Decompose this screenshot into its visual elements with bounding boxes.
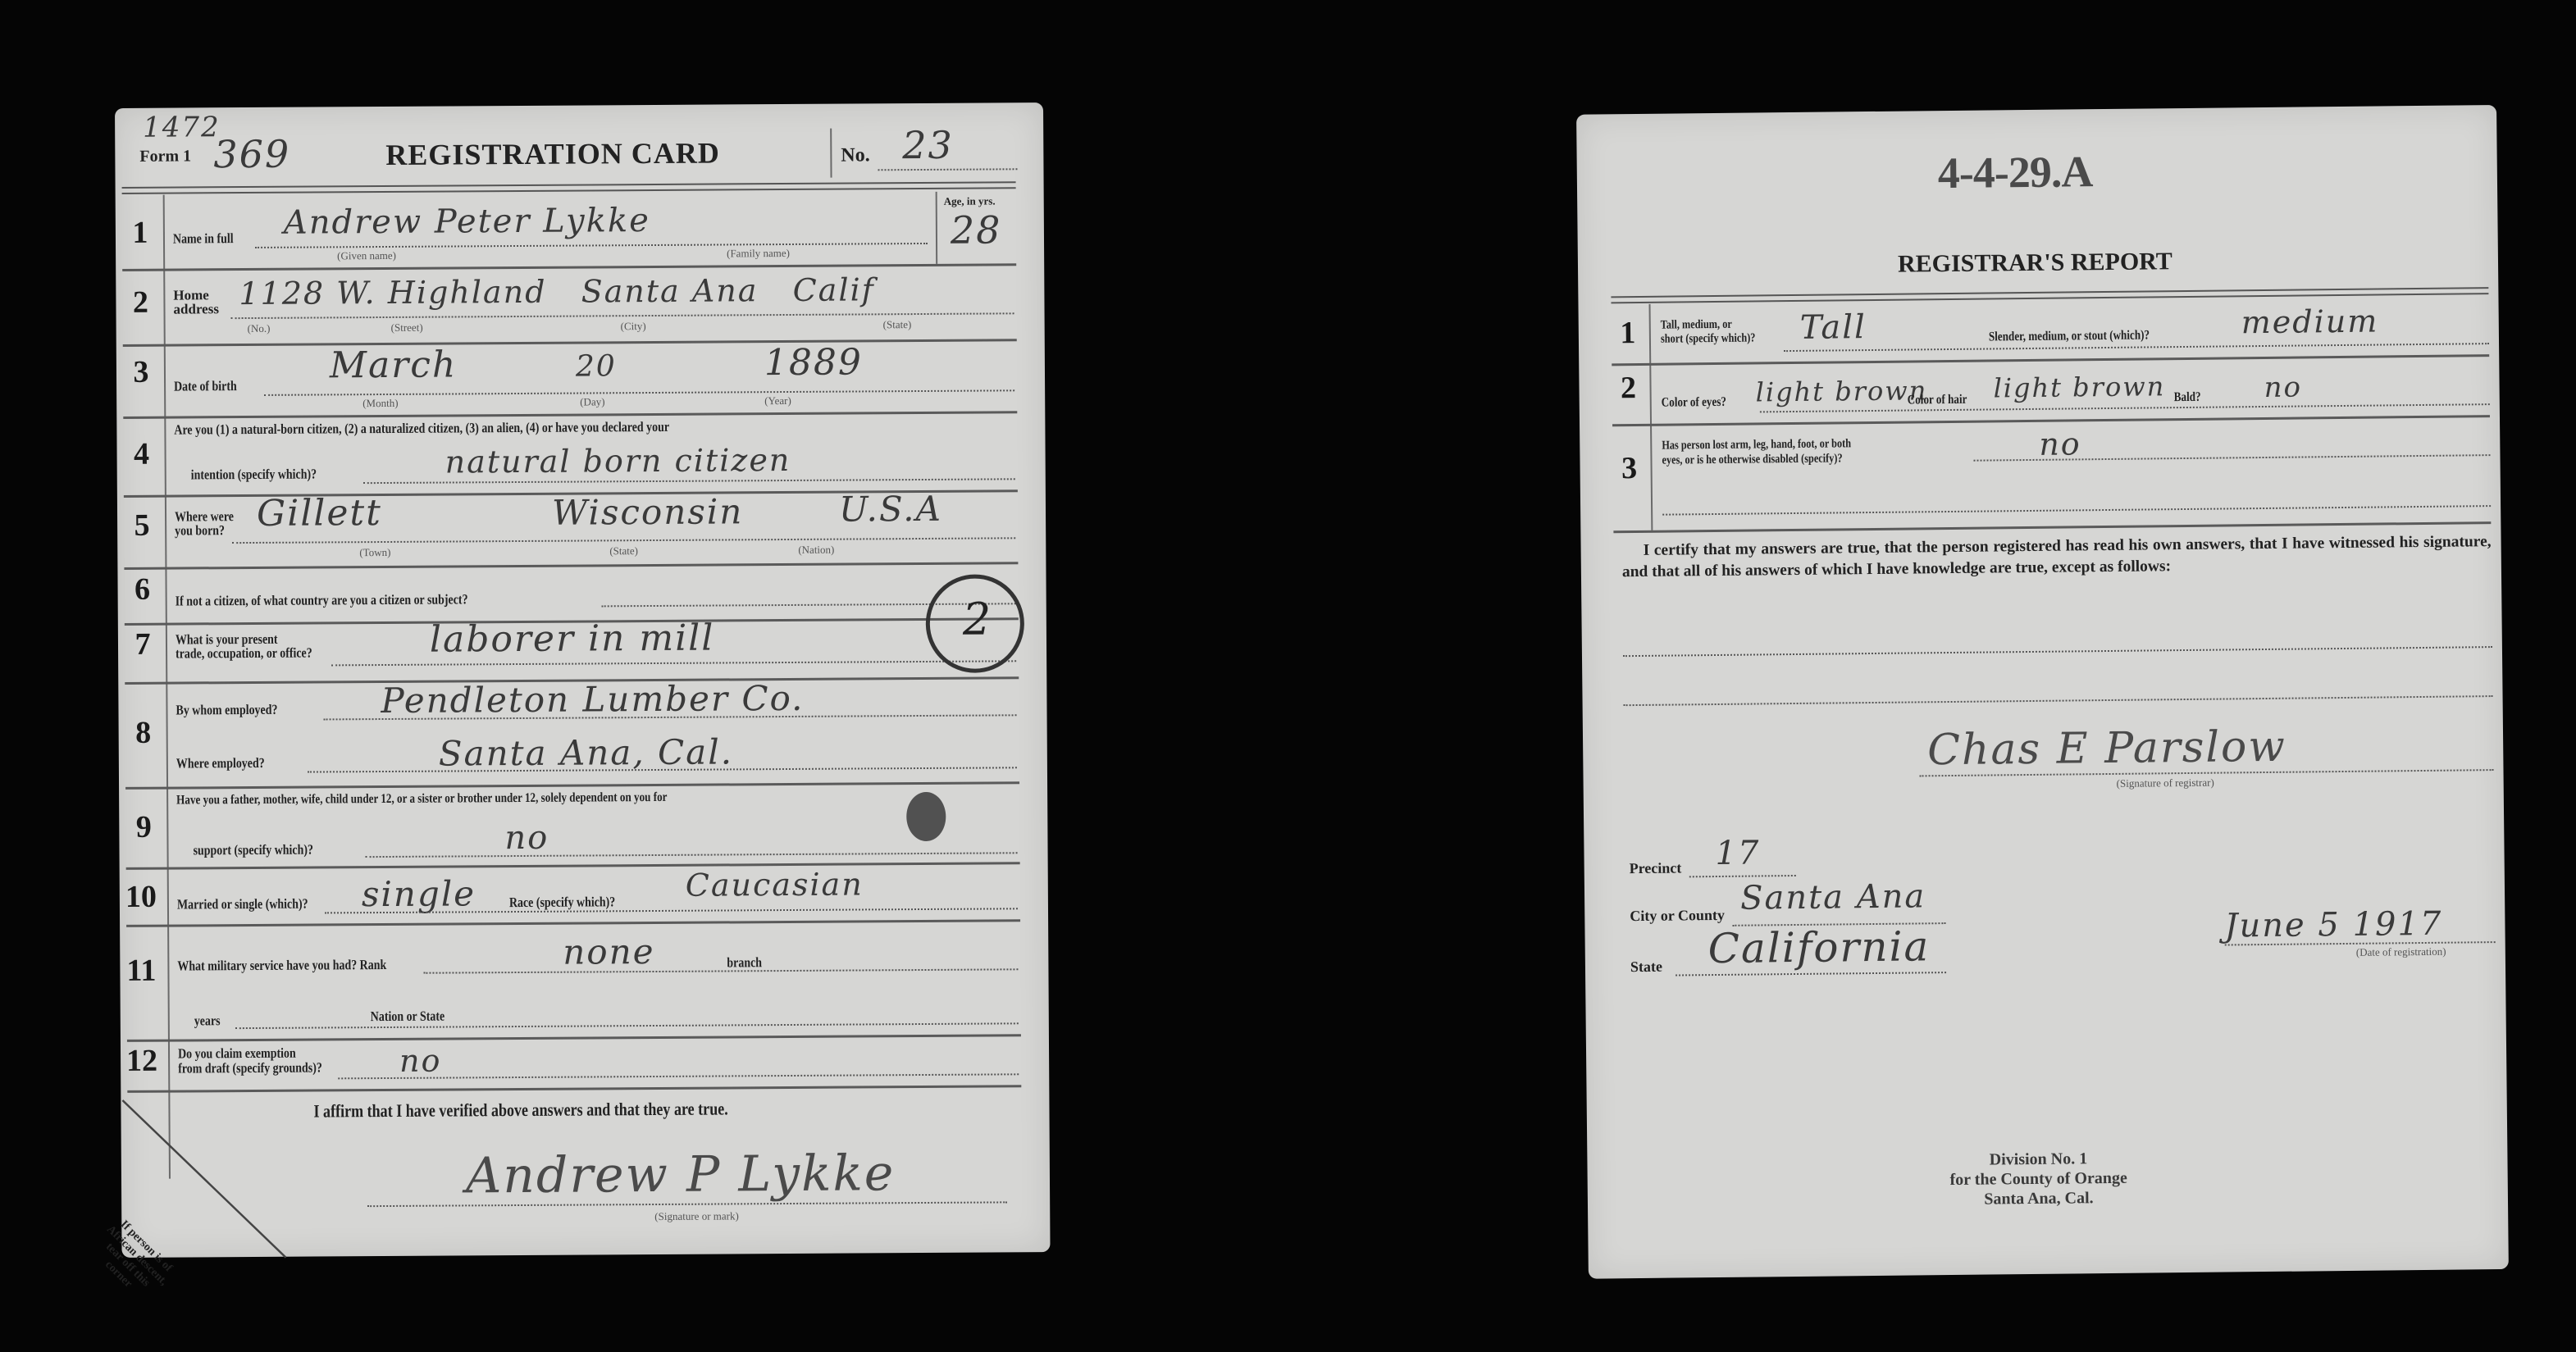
dob-year: 1889 bbox=[764, 341, 863, 384]
number-column-divider bbox=[1648, 304, 1653, 530]
card-title: REGISTRATION CARD bbox=[385, 135, 720, 171]
caption: (State) bbox=[609, 544, 638, 558]
dob-month: March bbox=[330, 344, 458, 386]
row-5: 5 Where were you born? Gillett Wisconsin… bbox=[115, 102, 1043, 108]
state-label: State bbox=[1630, 958, 1662, 976]
employer-label: By whom employed? bbox=[176, 702, 277, 719]
row-rule bbox=[122, 263, 1016, 271]
ink-smudge bbox=[906, 792, 946, 841]
registration-date: June 5 1917 bbox=[2224, 905, 2442, 945]
build-value: medium bbox=[2241, 303, 2379, 341]
employer-value: Pendleton Lumber Co. bbox=[381, 678, 804, 721]
label-line: trade, occupation, or office? bbox=[176, 645, 312, 662]
name-value: Andrew Peter Lykke bbox=[284, 202, 650, 242]
age-label: Age, in yrs. bbox=[944, 194, 996, 207]
military-value: none bbox=[563, 931, 655, 972]
stamp-line: for the County of Orange bbox=[1949, 1169, 2127, 1189]
military-label: What military service have you had? Rank bbox=[177, 957, 386, 975]
caption: (Month) bbox=[362, 397, 398, 410]
date-caption: (Date of registration) bbox=[2356, 945, 2446, 959]
row-rule bbox=[124, 562, 1018, 570]
disability-value: no bbox=[2039, 426, 2081, 462]
exceptions-line bbox=[1623, 646, 2492, 657]
fill-line bbox=[423, 968, 1018, 973]
state-value: California bbox=[1707, 922, 1930, 972]
row-6: 6 If not a citizen, of what country are … bbox=[115, 102, 1043, 108]
home-address-label: Home address bbox=[173, 288, 219, 316]
row-rule bbox=[127, 1034, 1021, 1042]
row-number: 3 bbox=[121, 354, 161, 390]
row-12: 12 Do you claim exemption from draft (sp… bbox=[115, 102, 1043, 108]
row-number: 11 bbox=[121, 953, 161, 989]
fill-line bbox=[235, 1022, 1019, 1029]
stamp-line: Santa Ana, Cal. bbox=[1984, 1189, 2094, 1208]
row-1: 1 Name in full Andrew Peter Lykke (Given… bbox=[115, 102, 1043, 108]
caption: (Day) bbox=[580, 395, 604, 408]
row-number: 2 bbox=[121, 285, 160, 321]
row-4: 4 Are you (1) a natural-born citizen, (2… bbox=[115, 102, 1043, 108]
disability-label: Has person lost arm, leg, hand, foot, or… bbox=[1662, 436, 1851, 467]
row-rule bbox=[125, 781, 1019, 790]
row-7: 7 What is your present trade, occupation… bbox=[115, 102, 1043, 108]
label-line: eyes, or is he otherwise disabled (speci… bbox=[1662, 452, 1842, 467]
label-line: you born? bbox=[175, 522, 225, 538]
row-rule bbox=[1613, 521, 2491, 533]
registration-card: 1472 Form 1 369 REGISTRATION CARD No. 23… bbox=[115, 102, 1051, 1258]
nation-state-label: Nation or State bbox=[371, 1008, 445, 1026]
marital-label: Married or single (which)? bbox=[177, 896, 308, 913]
city-value: Santa Ana bbox=[1740, 877, 1926, 917]
row-number: 9 bbox=[124, 809, 163, 845]
hair-color-value: light brown bbox=[1993, 371, 2165, 403]
registrar-signature: Chas E Parslow bbox=[1927, 722, 2286, 776]
row-10: 10 Married or single (which)? single Rac… bbox=[115, 102, 1043, 108]
city-label: City or County bbox=[1630, 907, 1725, 925]
row-number: 7 bbox=[123, 626, 162, 662]
caption: (Town) bbox=[359, 546, 390, 559]
marital-value: single bbox=[362, 873, 476, 914]
occupation-label: What is your present trade, occupation, … bbox=[176, 632, 312, 661]
precinct-value: 17 bbox=[1715, 834, 1760, 872]
work-location-value: Santa Ana, Cal. bbox=[439, 731, 734, 773]
row-number: 5 bbox=[122, 508, 162, 544]
citizenship-value: natural born citizen bbox=[445, 442, 791, 480]
caption: (City) bbox=[621, 320, 646, 333]
report-row-3: 3 Has person lost arm, leg, hand, foot, … bbox=[1576, 105, 2496, 115]
row-11: 11 What military service have you had? R… bbox=[115, 102, 1043, 108]
caption: (Year) bbox=[764, 394, 791, 407]
bald-label: Bald? bbox=[2174, 390, 2201, 405]
birthplace-label: Where were you born? bbox=[175, 509, 234, 537]
header-rule bbox=[122, 181, 1016, 194]
dependents-question: Have you a father, mother, wife, child u… bbox=[176, 790, 667, 808]
no-label: No. bbox=[841, 144, 870, 166]
label-line: from draft (specify grounds)? bbox=[178, 1059, 322, 1076]
divider bbox=[830, 129, 832, 178]
home-address-value: 1128 W. Highland Santa Ana Calif bbox=[239, 271, 875, 312]
registrant-signature: Andrew P Lykke bbox=[466, 1145, 896, 1204]
age-value: 28 bbox=[951, 207, 1002, 252]
row-rule bbox=[1612, 354, 2489, 366]
race-label: Race (specify which)? bbox=[509, 894, 615, 911]
row-8: 8 By whom employed? Pendleton Lumber Co.… bbox=[115, 102, 1043, 108]
label-line: address bbox=[173, 301, 219, 316]
build-label: Slender, medium, or stout (which)? bbox=[1989, 328, 2150, 344]
report-row-1: 1 Tall, medium, or short (specify which)… bbox=[1576, 105, 2496, 115]
row-number: 3 bbox=[1609, 450, 1648, 487]
row-number: 2 bbox=[1608, 370, 1648, 407]
fill-line bbox=[366, 852, 1018, 858]
foreign-citizenship-label: If not a citizen, of what country are yo… bbox=[176, 591, 468, 609]
label-line: Has person lost arm, leg, hand, foot, or… bbox=[1662, 437, 1851, 452]
no-value: 23 bbox=[902, 123, 954, 167]
row-rule bbox=[123, 339, 1017, 347]
header-rule bbox=[1611, 287, 2488, 303]
dependents-label: support (specify which)? bbox=[193, 842, 313, 859]
divider bbox=[936, 192, 938, 264]
branch-label: branch bbox=[727, 954, 762, 971]
tear-off-corner-line bbox=[121, 1091, 294, 1260]
row-rule bbox=[1612, 415, 2490, 426]
birth-state: Wisconsin bbox=[552, 491, 744, 532]
row-number: 4 bbox=[121, 436, 161, 472]
row-number: 8 bbox=[124, 715, 163, 751]
eye-color-label: Color of eyes? bbox=[1662, 395, 1726, 411]
bald-value: no bbox=[2264, 371, 2302, 404]
birth-town: Gillett bbox=[257, 492, 382, 535]
registrars-report-card: 4-4-29.A REGISTRAR'S REPORT 1 Tall, medi… bbox=[1576, 105, 2509, 1279]
exemption-label: Do you claim exemption from draft (speci… bbox=[178, 1045, 322, 1076]
row-3: 3 Date of birth March 20 1889 (Month) (D… bbox=[115, 102, 1043, 108]
caption: (No.) bbox=[248, 322, 271, 335]
work-location-label: Where employed? bbox=[176, 755, 265, 772]
race-value: Caucasian bbox=[686, 866, 864, 903]
fill-line bbox=[331, 660, 1016, 666]
circled-mark-number: 2 bbox=[963, 593, 993, 644]
pencil-number: 1472 bbox=[143, 111, 221, 144]
name-label: Name in full bbox=[173, 230, 234, 247]
label-line: Tall, medium, or bbox=[1661, 318, 1732, 332]
row-2: 2 Home address 1128 W. Highland Santa An… bbox=[115, 102, 1043, 108]
divider bbox=[878, 168, 1017, 171]
caption: (Nation) bbox=[798, 544, 834, 557]
eye-color-value: light brown bbox=[1755, 375, 1927, 407]
form-label: Form 1 bbox=[139, 147, 191, 166]
caption: (Family name) bbox=[727, 247, 790, 260]
birth-nation: U.S.A bbox=[839, 489, 942, 530]
certification-text: I certify that my answers are true, that… bbox=[1622, 531, 2492, 583]
row-number: 6 bbox=[122, 571, 162, 608]
registrar-caption: (Signature of registrar) bbox=[2117, 776, 2214, 790]
caption: (Given name) bbox=[337, 249, 396, 262]
fill-line bbox=[232, 537, 1015, 544]
fill-line bbox=[264, 389, 1014, 396]
exceptions-line bbox=[1624, 695, 2493, 706]
row-rule bbox=[123, 411, 1017, 419]
row-number: 1 bbox=[1608, 315, 1648, 352]
precinct-label: Precinct bbox=[1630, 859, 1682, 877]
row-rule bbox=[126, 919, 1020, 927]
serial-number: 369 bbox=[213, 132, 290, 177]
circled-mark: 2 bbox=[925, 574, 1024, 673]
affirmation-text: I affirm that I have verified above answ… bbox=[313, 1098, 727, 1122]
citizenship-label: intention (specify which)? bbox=[191, 467, 317, 484]
dob-day: 20 bbox=[576, 349, 617, 383]
dob-label: Date of birth bbox=[174, 378, 237, 394]
dependents-value: no bbox=[504, 819, 549, 857]
fill-line bbox=[1689, 875, 1796, 877]
fill-line bbox=[1662, 505, 2491, 516]
occupation-value: laborer in mill bbox=[430, 617, 715, 661]
citizenship-question: Are you (1) a natural-born citizen, (2) … bbox=[174, 419, 669, 439]
hair-color-label: Color of hair bbox=[1908, 393, 1967, 408]
row-number: 12 bbox=[122, 1043, 162, 1079]
fill-line bbox=[255, 243, 928, 248]
report-title: REGISTRAR'S REPORT bbox=[1898, 248, 2173, 279]
stamp-line: Division No. 1 bbox=[1990, 1149, 2088, 1168]
caption: (Street) bbox=[391, 321, 423, 335]
exemption-value: no bbox=[399, 1043, 442, 1079]
label-line: Do you claim exemption bbox=[178, 1045, 296, 1062]
division-stamp: Division No. 1 for the County of Orange … bbox=[1899, 1148, 2178, 1210]
label-line: short (specify which)? bbox=[1661, 331, 1756, 345]
number-column-divider bbox=[163, 195, 171, 1179]
row-rule bbox=[126, 862, 1020, 870]
caption: (State) bbox=[883, 318, 912, 331]
height-value: Tall bbox=[1800, 308, 1867, 347]
row-9: 9 Have you a father, mother, wife, child… bbox=[115, 102, 1043, 108]
row-number: 10 bbox=[121, 879, 161, 915]
report-row-2: 2 Color of eyes? light brown Color of ha… bbox=[1576, 105, 2496, 115]
signature-caption: (Signature or mark) bbox=[654, 1209, 739, 1223]
years-label: years bbox=[194, 1013, 221, 1029]
height-label: Tall, medium, or short (specify which)? bbox=[1661, 317, 1756, 346]
fill-line bbox=[1784, 343, 2489, 352]
stamp-number: 4-4-29.A bbox=[1938, 146, 2093, 198]
row-number: 1 bbox=[121, 215, 160, 251]
